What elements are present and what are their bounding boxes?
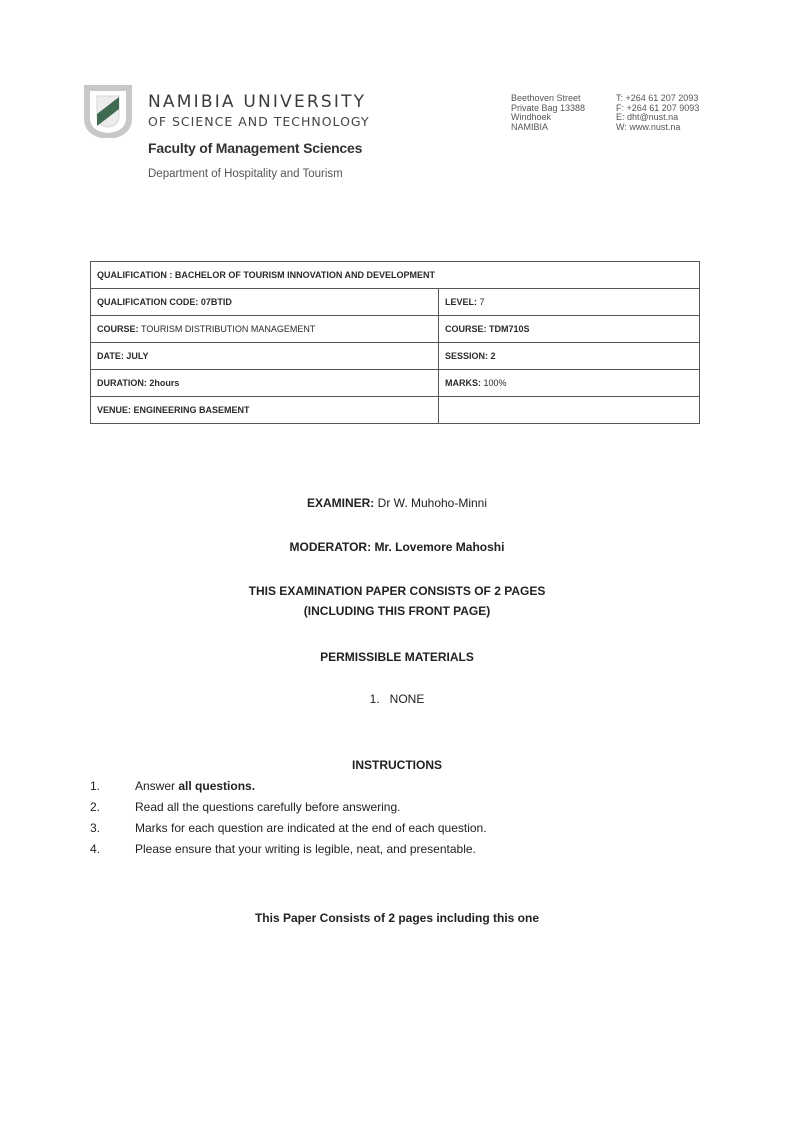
date-cell: DATE: JULY xyxy=(91,343,439,370)
exam-info-table: QUALIFICATION : BACHELOR OF TOURISM INNO… xyxy=(90,261,700,424)
nust-shield-logo-icon xyxy=(83,84,133,138)
permissible-title: PERMISSIBLE MATERIALS xyxy=(0,650,794,664)
empty-cell xyxy=(439,397,700,424)
venue-cell: VENUE: ENGINEERING BASEMENT xyxy=(91,397,439,424)
address-block: Beethoven Street Private Bag 13388 Windh… xyxy=(511,94,585,132)
level-cell: LEVEL: 7 xyxy=(439,289,700,316)
website: W: www.nust.na xyxy=(616,123,699,133)
moderator-line: MODERATOR: Mr. Lovemore Mahoshi xyxy=(0,540,794,554)
session-cell: SESSION: 2 xyxy=(439,343,700,370)
pages-notice-line1: THIS EXAMINATION PAPER CONSISTS OF 2 PAG… xyxy=(0,584,794,598)
instruction-item: 4.Please ensure that your writing is leg… xyxy=(90,842,476,856)
university-subtitle: OF SCIENCE AND TECHNOLOGY xyxy=(148,114,370,129)
table-row: COURSE: TOURISM DISTRIBUTION MANAGEMENT … xyxy=(91,316,700,343)
instructions-title: INSTRUCTIONS xyxy=(0,758,794,772)
footer-note: This Paper Consists of 2 pages including… xyxy=(0,911,794,925)
department-name: Department of Hospitality and Tourism xyxy=(148,168,343,180)
instruction-item: 3.Marks for each question are indicated … xyxy=(90,821,487,835)
marks-cell: MARKS: 100% xyxy=(439,370,700,397)
table-row: VENUE: ENGINEERING BASEMENT xyxy=(91,397,700,424)
instruction-item: 2.Read all the questions carefully befor… xyxy=(90,800,401,814)
examiner-line: EXAMINER: Dr W. Muhoho-Minni xyxy=(0,496,794,510)
faculty-name: Faculty of Management Sciences xyxy=(148,140,362,156)
permissible-item: 1. NONE xyxy=(0,692,794,706)
table-row: QUALIFICATION : BACHELOR OF TOURISM INNO… xyxy=(91,262,700,289)
address-line: NAMIBIA xyxy=(511,123,585,133)
duration-cell: DURATION: 2hours xyxy=(91,370,439,397)
course-code-cell: COURSE: TDM710S xyxy=(439,316,700,343)
course-name-cell: COURSE: TOURISM DISTRIBUTION MANAGEMENT xyxy=(91,316,439,343)
table-row: QUALIFICATION CODE: 07BTID LEVEL: 7 xyxy=(91,289,700,316)
table-row: DURATION: 2hours MARKS: 100% xyxy=(91,370,700,397)
table-row: DATE: JULY SESSION: 2 xyxy=(91,343,700,370)
pages-notice-line2: (INCLUDING THIS FRONT PAGE) xyxy=(0,604,794,618)
qualification-cell: QUALIFICATION : BACHELOR OF TOURISM INNO… xyxy=(91,262,700,289)
university-name: NAMIBIA UNIVERSITY xyxy=(148,92,366,112)
contact-block: T: +264 61 207 2093 F: +264 61 207 9093 … xyxy=(616,94,699,132)
instruction-item: 1.Answer all questions. xyxy=(90,779,255,793)
qualification-code-cell: QUALIFICATION CODE: 07BTID xyxy=(91,289,439,316)
